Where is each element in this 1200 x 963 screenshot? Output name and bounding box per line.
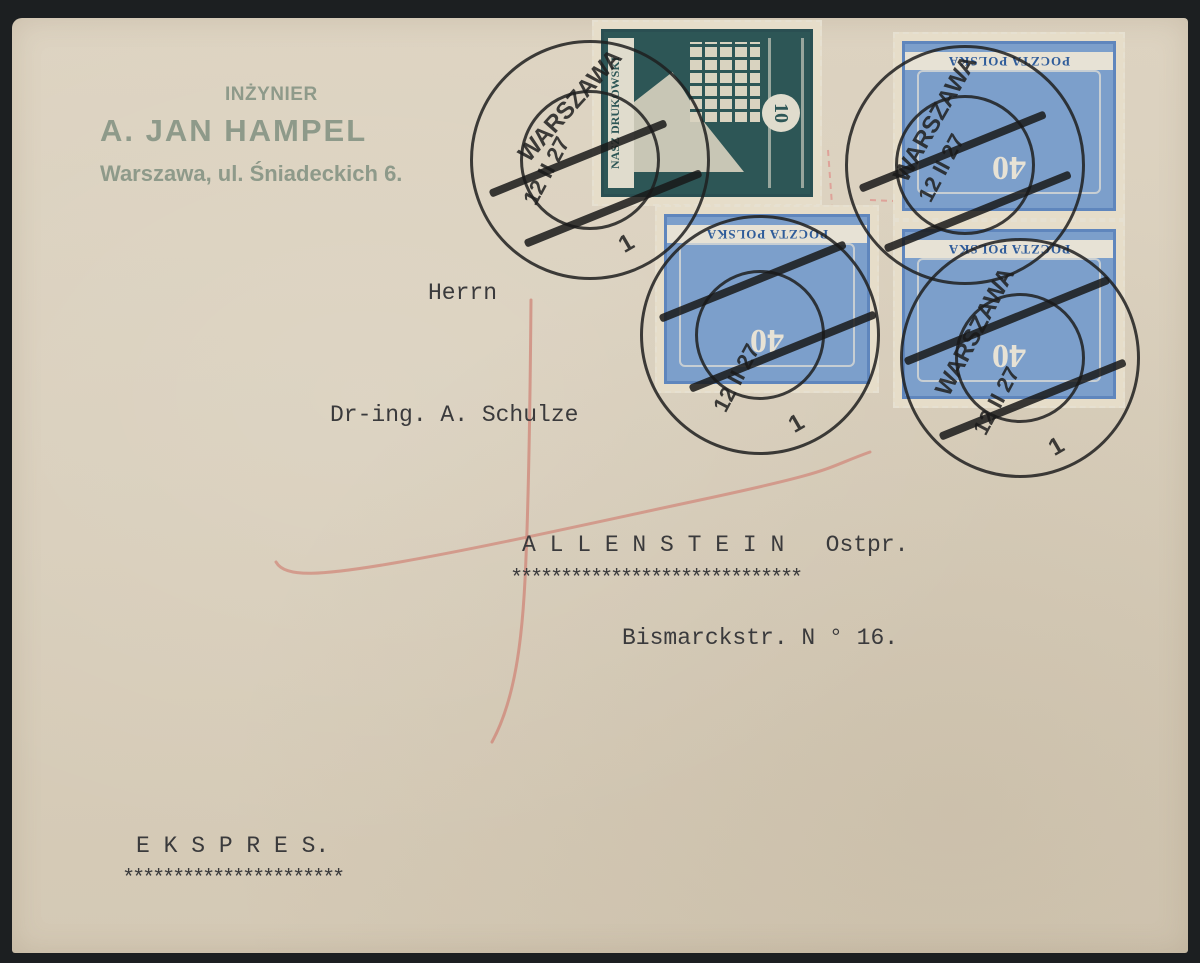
stamp-10-groszy: NASZ DRUKOWSKI 10 — [592, 20, 822, 206]
express-underline: ********************** — [122, 866, 342, 891]
sender-name: A. JAN HAMPEL — [100, 113, 367, 149]
stamp-value: 40 — [667, 321, 867, 359]
stamp-building-art — [690, 42, 760, 122]
stamp-caption: NASZ DRUKOWSKI — [608, 38, 634, 188]
stamp-value: 10 — [762, 94, 800, 132]
stamp-40-groszy: POCZTA POLSKA 40 — [893, 220, 1125, 408]
stamp-value: 40 — [905, 336, 1113, 374]
recipient-salutation: Herrn — [428, 280, 497, 306]
stamp-40-groszy: POCZTA POLSKA 40 — [655, 205, 879, 393]
stamp-caption: POCZTA POLSKA — [905, 240, 1113, 258]
recipient-name: Dr-ing. A. Schulze — [330, 402, 578, 428]
stamp-value: 40 — [905, 148, 1113, 186]
sender-title: INŻYNIER — [225, 84, 318, 106]
stamp-caption: POCZTA POLSKA — [667, 225, 867, 243]
recipient-city-underline: ***************************** — [510, 566, 800, 591]
stamp-caption: POCZTA POLSKA — [905, 52, 1113, 70]
sender-address: Warszawa, ul. Śniadeckich 6. — [100, 161, 402, 187]
stamp-40-groszy: POCZTA POLSKA 40 — [893, 32, 1125, 220]
recipient-city: A L L E N S T E I N Ostpr. — [522, 532, 908, 558]
express-label: E K S P R E S. — [136, 833, 329, 859]
recipient-street: Bismarckstr. N ° 16. — [622, 625, 898, 651]
